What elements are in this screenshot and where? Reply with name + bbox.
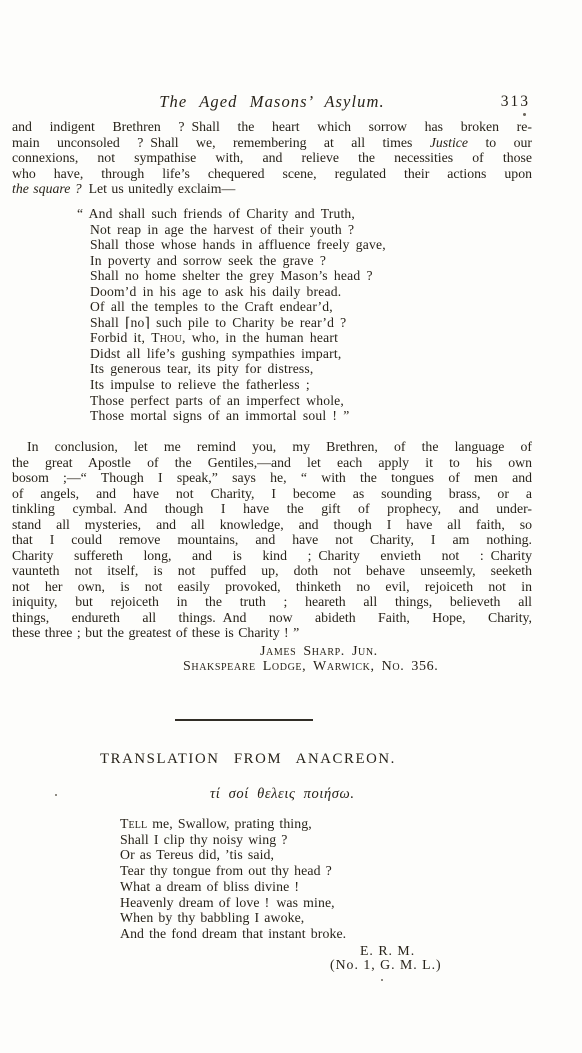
- small-caps-word: Thou: [151, 330, 182, 345]
- poem-line: In poverty and sorrow seek the grave ?: [90, 253, 520, 269]
- line-text: , who, in the human heart: [182, 330, 338, 345]
- conclusion-paragraph: In conclusion, let me remind you, my Bre…: [12, 439, 532, 641]
- page-number: 313: [501, 93, 530, 111]
- line-text: Forbid it,: [90, 330, 151, 345]
- paragraph-line: iniquity, but rejoiceth in the truth ; h…: [12, 594, 532, 610]
- poem-line: Or as Tereus did, ’tis said,: [120, 847, 450, 863]
- line-text: to our: [468, 135, 532, 150]
- small-caps-word: Tell: [120, 816, 147, 831]
- running-title: The Aged Masons’ Asylum.: [12, 92, 532, 112]
- poem-line: “ And shall such friends of Charity and …: [90, 206, 520, 222]
- ink-speck: [523, 113, 526, 116]
- poem-line: Tear thy tongue from out thy head ?: [120, 863, 450, 879]
- poem-line: Shall I clip thy noisy wing ?: [120, 832, 450, 848]
- poem-line: Forbid it, Thou, who, in the human heart: [90, 330, 520, 346]
- ink-speck: [381, 979, 383, 981]
- poem-line: Shall ⌈no⌉ such pile to Charity be rear’…: [90, 315, 520, 331]
- ink-speck: [55, 794, 57, 796]
- paragraph-line: tinkling cymbal. And though I have the g…: [12, 501, 532, 517]
- section-heading: TRANSLATION FROM ANACREON.: [100, 751, 390, 768]
- poem-line: What a dream of bliss divine !: [120, 879, 450, 895]
- paragraph-line: of angels, and have not Charity, I becom…: [12, 486, 532, 502]
- poem-line: Shall those whose hands in affluence fre…: [90, 237, 520, 253]
- poem-line: Those mortal signs of an immortal soul !…: [90, 408, 520, 424]
- greek-epigraph: τί σοί θελεις ποιήσω.: [210, 786, 355, 803]
- poem-line: Doom’d in his age to ask his daily bread…: [90, 284, 520, 300]
- paragraph-line: Charity suffereth long, and is kind ; Ch…: [12, 548, 532, 564]
- paragraph-line: not her own, is not easily provoked, thi…: [12, 579, 532, 595]
- section-divider-rule: [175, 719, 313, 721]
- poem-line: Its generous tear, its pity for distress…: [90, 361, 520, 377]
- poem-line: Not reap in age the harvest of their you…: [90, 222, 520, 238]
- poem-line: Heavenly dream of love ! was mine,: [120, 895, 450, 911]
- paragraph-line: stand all mysteries, and all knowledge, …: [12, 517, 532, 533]
- running-head: The Aged Masons’ Asylum. 313: [12, 92, 532, 112]
- line-text: main unconsoled ? Shall we, remembering …: [12, 135, 430, 150]
- paragraph-line: the great Apostle of the Gentiles,—and l…: [12, 455, 532, 471]
- paragraph-line: things, endureth all things. And now abi…: [12, 610, 532, 626]
- poem-line: When by thy babbling I awoke,: [120, 910, 450, 926]
- paragraph-line: bosom ;—“ Though I speak,” says he, “ wi…: [12, 470, 532, 486]
- paragraph-line: In conclusion, let me remind you, my Bre…: [12, 439, 532, 455]
- paragraph-line: the square ? Let us unitedly exclaim—: [12, 181, 532, 197]
- poem-line: Of all the temples to the Craft endear’d…: [90, 299, 520, 315]
- attribution-lodge: Shakspeare Lodge, Warwick, No. 356.: [183, 659, 438, 675]
- scanned-document-page: The Aged Masons’ Asylum. 313 and indigen…: [0, 0, 582, 1053]
- opening-paragraph: and indigent Brethren ? Shall the heart …: [12, 119, 532, 197]
- charity-poem: “ And shall such friends of Charity and …: [90, 206, 520, 424]
- paragraph-line: and indigent Brethren ? Shall the heart …: [12, 119, 532, 135]
- poem-line: Tell me, Swallow, prating thing,: [120, 816, 450, 832]
- poem-line: And the fond dream that instant broke.: [120, 926, 450, 942]
- italic-phrase: the square ?: [12, 181, 82, 196]
- anacreon-poem: Tell me, Swallow, prating thing, Shall I…: [120, 816, 450, 942]
- poem-line: Shall no home shelter the grey Mason’s h…: [90, 268, 520, 284]
- line-text: me, Swallow, prating thing,: [147, 816, 312, 831]
- poem-line: Didst all life’s gushing sympathies impa…: [90, 346, 520, 362]
- paragraph-line: that I could remove mountains, and have …: [12, 532, 532, 548]
- paragraph-line: vaunteth not itself, is not puffed up, d…: [12, 563, 532, 579]
- paragraph-line: connexions, not sympathise with, and rel…: [12, 150, 532, 166]
- italic-word: Justice: [430, 135, 468, 150]
- attribution-author: James Sharp. Jun.: [260, 644, 378, 660]
- attribution-lodge-number: (No. 1, G. M. L.): [330, 957, 442, 973]
- poem-line: Its impulse to relieve the fatherless ;: [90, 377, 520, 393]
- line-text: Let us unitedly exclaim—: [82, 181, 236, 196]
- paragraph-line: main unconsoled ? Shall we, remembering …: [12, 135, 532, 151]
- paragraph-line: these three ; but the greatest of these …: [12, 625, 532, 641]
- poem-line: Those perfect parts of an imperfect whol…: [90, 393, 520, 409]
- paragraph-line: who have, through life’s chequered scene…: [12, 166, 532, 182]
